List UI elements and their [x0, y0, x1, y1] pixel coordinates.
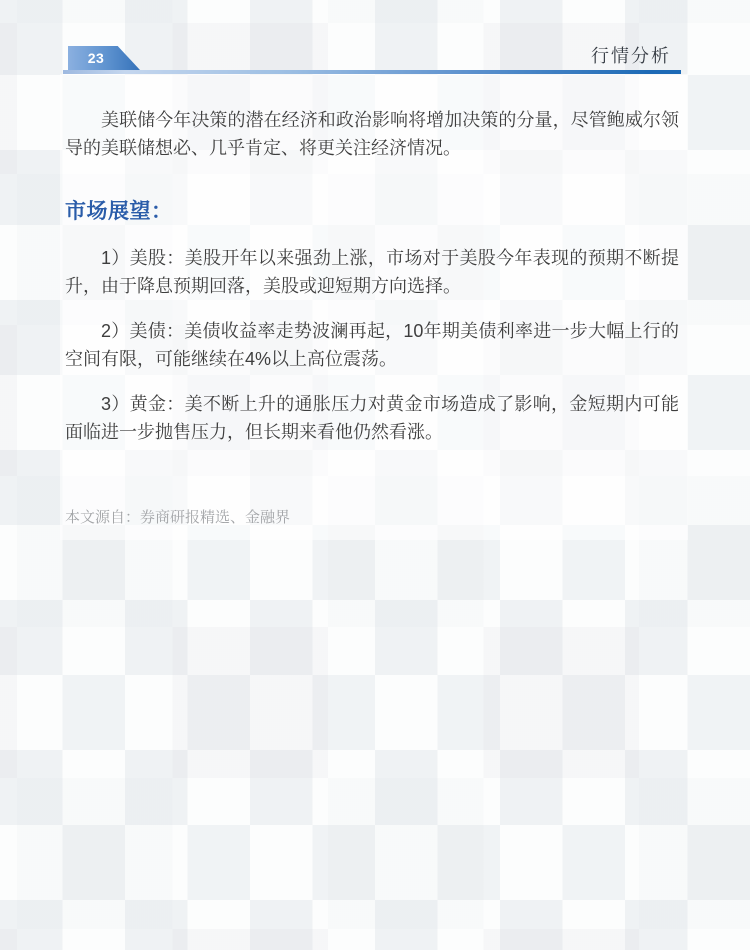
outlook-point-gold: 3）黄金：美不断上升的通胀压力对黄金市场造成了影响，金短期内可能面临进一步抛售压…	[65, 391, 679, 446]
header-rule	[63, 70, 681, 74]
article-body: 美联储今年决策的潜在经济和政治影响将增加决策的分量，尽管鲍威尔领导的美联储想必、…	[65, 107, 679, 529]
content-column: 23 行情分析 美联储今年决策的潜在经济和政治影响将增加决策的分量，尽管鲍威尔领…	[63, 0, 681, 950]
page-number: 23	[88, 50, 121, 66]
section-title: 行情分析	[591, 45, 671, 67]
report-page: 23 行情分析 美联储今年决策的潜在经济和政治影响将增加决策的分量，尽管鲍威尔领…	[0, 0, 750, 950]
outlook-point-bonds: 2）美债：美债收益率走势波澜再起，10年期美债利率进一步大幅上行的空间有限，可能…	[65, 318, 679, 373]
source-note: 本文源自：券商研报精选、金融界	[65, 507, 679, 529]
intro-paragraph: 美联储今年决策的潜在经济和政治影响将增加决策的分量，尽管鲍威尔领导的美联储想必、…	[65, 107, 679, 162]
page-number-badge: 23	[68, 46, 140, 70]
outlook-point-stocks: 1）美股：美股开年以来强劲上涨，市场对于美股今年表现的预期不断提升，由于降息预期…	[65, 245, 679, 300]
outlook-heading: 市场展望：	[65, 197, 679, 227]
